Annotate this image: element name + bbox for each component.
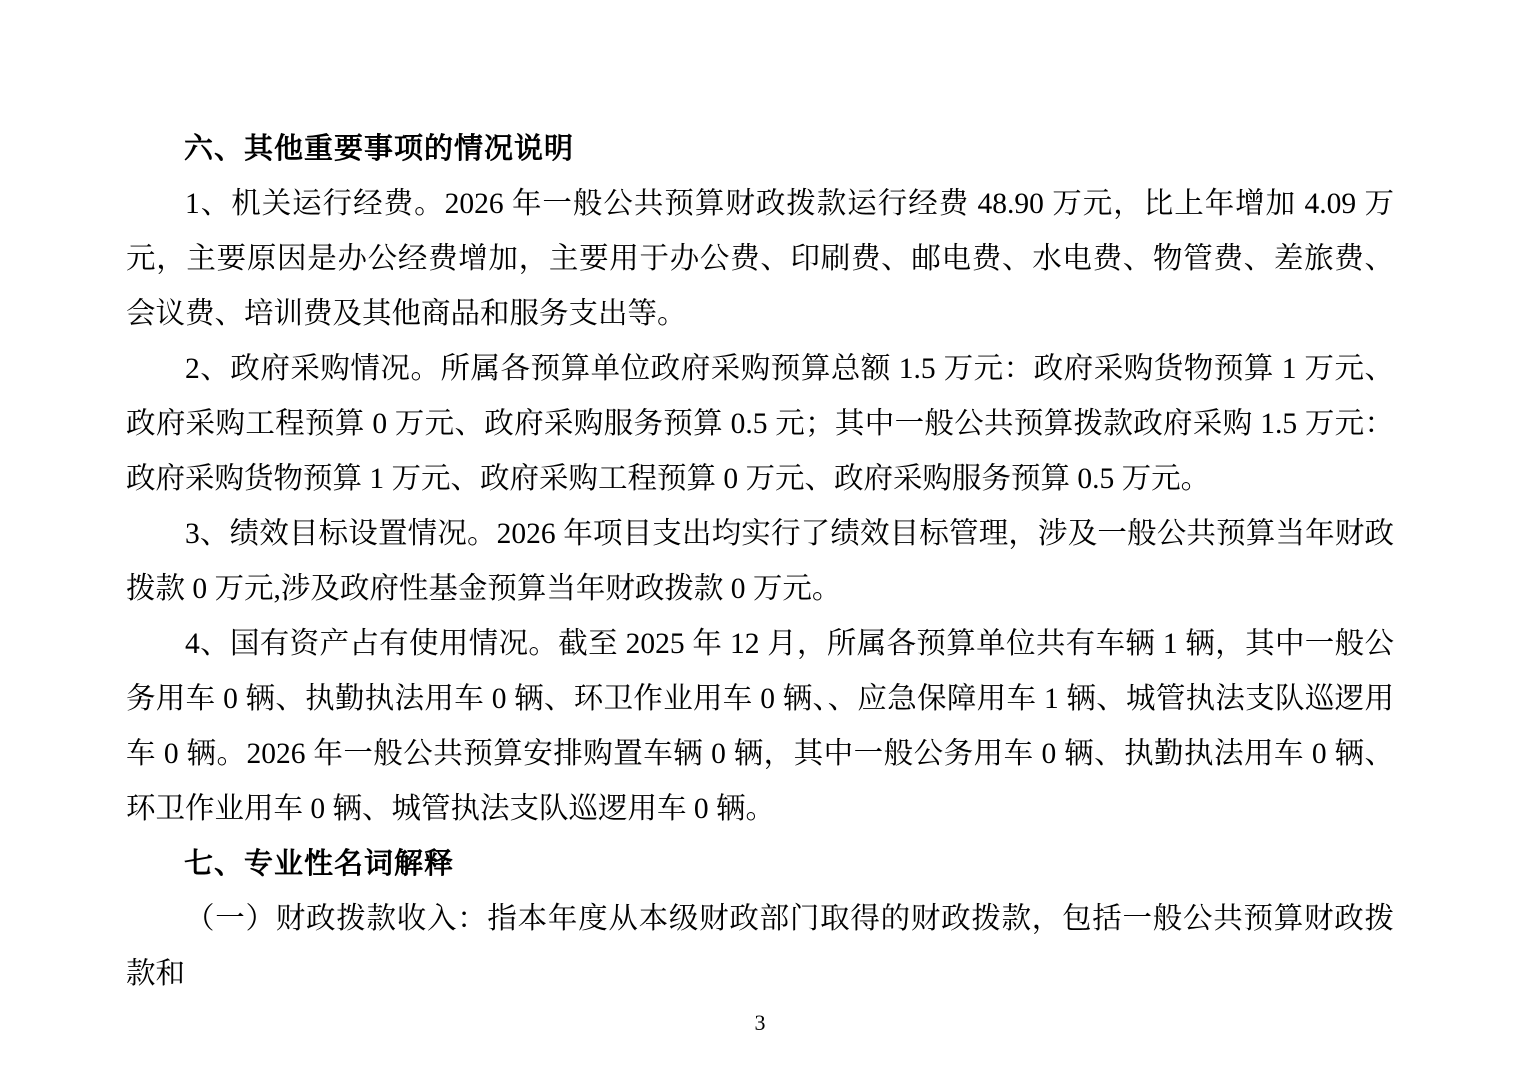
section-heading-terminology: 七、专业性名词解释 <box>126 837 1394 892</box>
paragraph-glossary-fiscal-appropriation: （一）财政拨款收入：指本年度从本级财政部门取得的财政拨款，包括一般公共预算财政拨… <box>126 892 1394 1002</box>
document-page: 六、其他重要事项的情况说明 1、机关运行经费。2026 年一般公共预算财政拨款运… <box>0 0 1520 1074</box>
page-number: 3 <box>126 1008 1394 1038</box>
paragraph-government-procurement: 2、政府采购情况。所属各预算单位政府采购预算总额 1.5 万元：政府采购货物预算… <box>126 342 1394 507</box>
paragraph-operating-expenses: 1、机关运行经费。2026 年一般公共预算财政拨款运行经费 48.90 万元，比… <box>126 177 1394 342</box>
section-heading-other-important-matters: 六、其他重要事项的情况说明 <box>126 122 1394 177</box>
paragraph-performance-targets: 3、绩效目标设置情况。2026 年项目支出均实行了绩效目标管理，涉及一般公共预算… <box>126 507 1394 617</box>
paragraph-state-owned-assets: 4、国有资产占有使用情况。截至 2025 年 12 月，所属各预算单位共有车辆 … <box>126 617 1394 837</box>
